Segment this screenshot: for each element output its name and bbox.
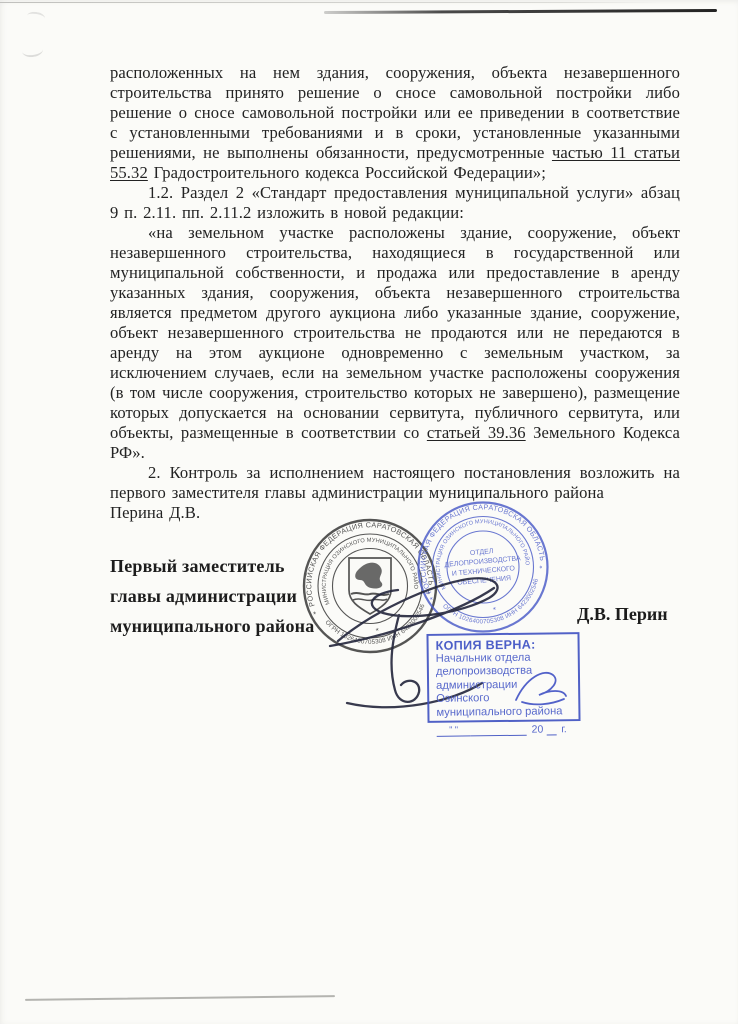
date-blank-line — [546, 724, 556, 735]
paragraph-new-wording: «на земельном участке расположены здание… — [110, 223, 680, 463]
document-body: расположенных на нем здания, сооружения,… — [110, 63, 680, 523]
paragraph-text: Перина Д.В. — [110, 503, 200, 522]
paragraph-1-2: 1.2. Раздел 2 «Стандарт предоставления м… — [110, 183, 680, 223]
paragraph-continuation: расположенных на нем здания, сооружения,… — [110, 63, 680, 183]
paragraph-text: «на земельном участке расположены здание… — [110, 223, 680, 442]
scanned-document-page: расположенных на нем здания, сооружения,… — [0, 0, 738, 1024]
copy-stamp-date-line: " " 20 г. — [437, 723, 572, 737]
paragraph-2-control: 2. Контроль за исполнением настоящего по… — [110, 463, 680, 503]
date-year: 20 — [527, 725, 547, 736]
date-suffix: г. — [556, 724, 567, 735]
pencil-mark — [21, 43, 43, 58]
date-blank-line — [471, 725, 527, 737]
paragraph-text: Градостроительного кодекса Российской Фе… — [148, 163, 546, 182]
legal-reference-underlined: статьей 39.36 — [427, 423, 526, 442]
scan-artifact-top-hairline — [0, 2, 660, 3]
pencil-mark — [26, 11, 45, 24]
paragraph-text: 2. Контроль за исполнением настоящего по… — [110, 463, 680, 502]
scan-artifact-top-right-line — [324, 9, 717, 14]
date-quotes-blank: " " — [437, 724, 471, 736]
signatory-name: Д.В. Перин — [577, 604, 668, 625]
handwritten-signature-blue — [506, 660, 576, 712]
scan-artifact-bottom-line — [25, 995, 335, 1001]
paragraph-text: 1.2. Раздел 2 «Стандарт предоставления м… — [110, 183, 680, 222]
